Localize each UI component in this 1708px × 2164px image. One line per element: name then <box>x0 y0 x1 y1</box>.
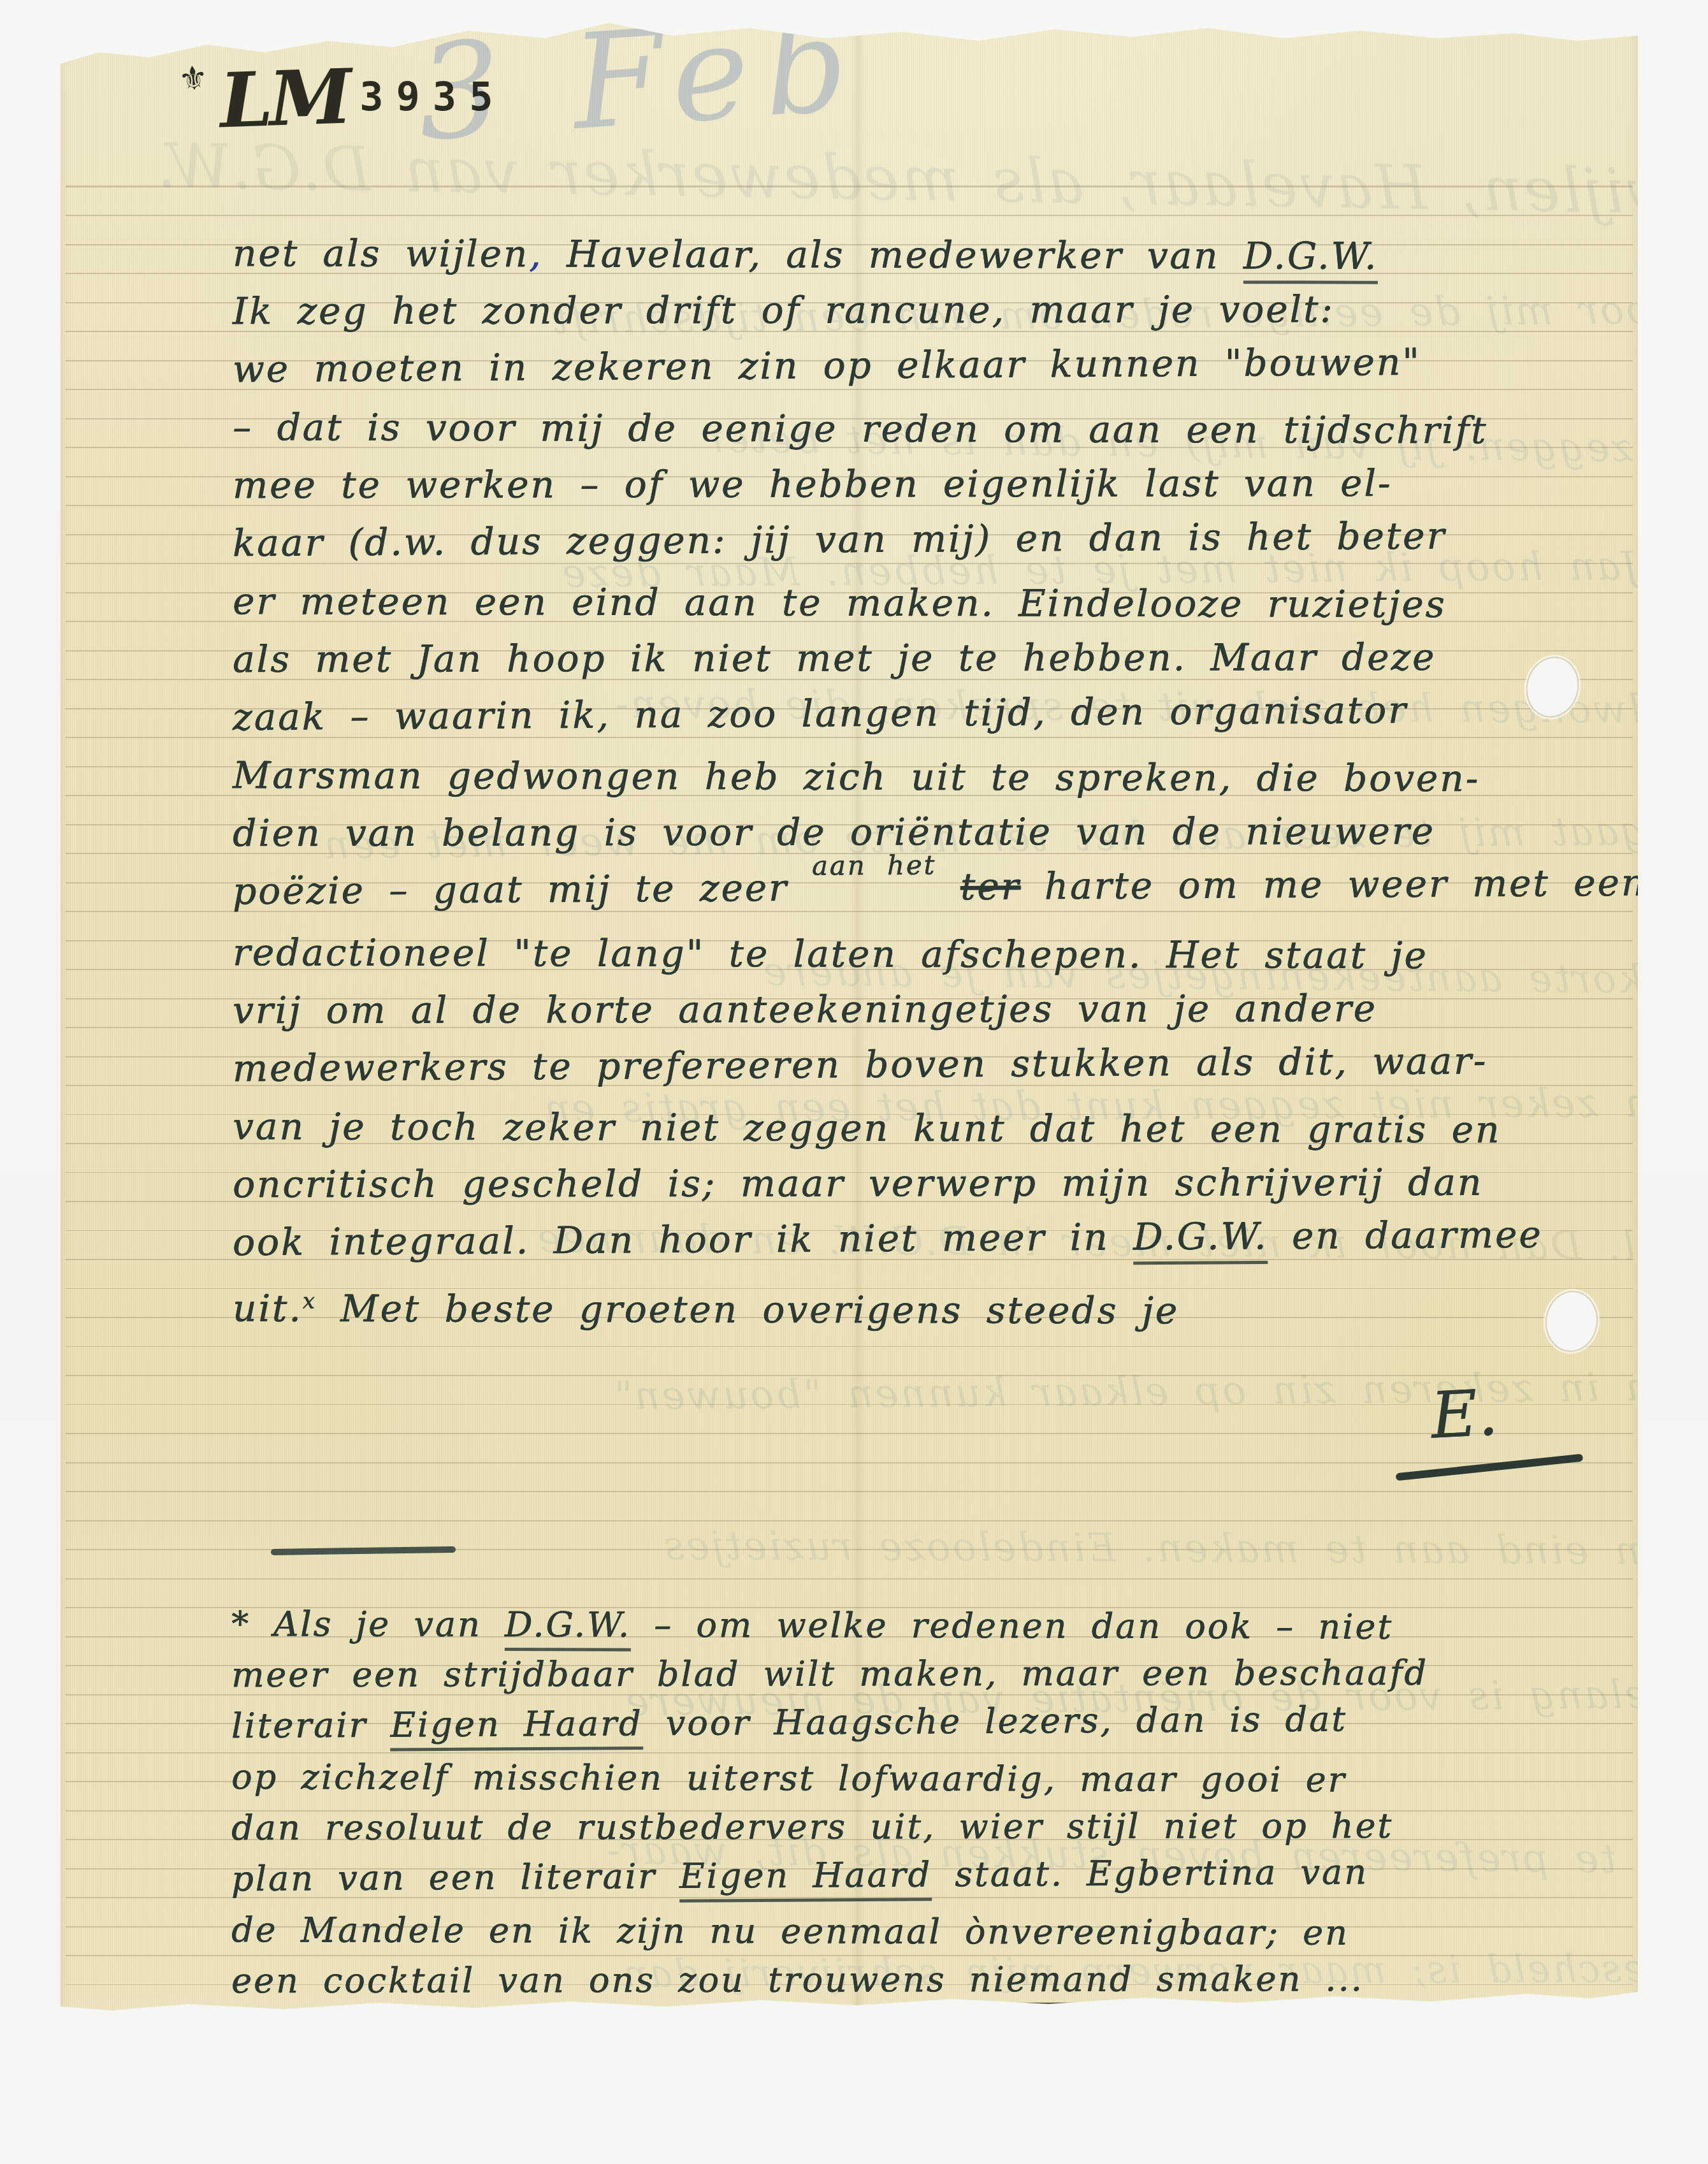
handwritten-line: * Als je van D.G.W. – om welke redenen d… <box>231 1599 1428 1653</box>
handwritten-line: mee te werken – of we hebben eigenlijk l… <box>233 454 1647 514</box>
handwritten-line: kaar (d.w. dus zeggen: jij van mij) en d… <box>233 505 1647 572</box>
handwritten-line: Ik zeg het zonder drift of rancune, maar… <box>233 280 1647 340</box>
handwritten-line: vrij om al de korte aanteekeningetjes va… <box>233 979 1647 1040</box>
handwritten-line: dien van belang is voor de oriëntatie va… <box>233 802 1647 862</box>
handwritten-line: Marsman gedwongen heb zich uit te spreke… <box>233 746 1647 808</box>
handwritten-line: dan resoluut de rustbedervers uit, wier … <box>231 1801 1428 1854</box>
handwritten-line: we moeten in zekeren zin op elkaar kunne… <box>233 331 1647 398</box>
handwritten-line: ook integraal. Dan hoor ik niet meer in … <box>233 1205 1647 1272</box>
signature-initial: E. <box>1429 1375 1500 1453</box>
footnote-separator <box>271 1546 456 1555</box>
handwritten-line: redactioneel "te lang" te laten afschepe… <box>233 924 1647 985</box>
handwritten-line: – dat is voor mij de eenige reden om aan… <box>233 398 1647 460</box>
handwritten-line: van je toch zeker niet zeggen kunt dat h… <box>233 1098 1647 1159</box>
handwritten-line: meer een strijdbaar blad wilt maken, maa… <box>231 1648 1428 1701</box>
handwritten-line: zaak – waarin ik, na zoo langen tijd, de… <box>233 679 1647 746</box>
handwritten-line: net als wijlen, Havelaar, als medewerker… <box>233 224 1647 286</box>
handwritten-line: als met Jan hoop ik niet met je te hebbe… <box>233 628 1647 688</box>
handwritten-line: een cocktail van ons zou trouwens nieman… <box>231 1954 1428 2007</box>
letter-paper: 3 Feb net als wijlen, Havelaar, als mede… <box>61 19 1638 2017</box>
stamp-number: 3935 <box>359 73 505 120</box>
handwritten-line: uit.x Met beste groeten overigens steeds… <box>233 1272 1647 1341</box>
archive-stamp: ⚜ LM 3935 <box>178 69 506 129</box>
stamp-monogram: LM <box>219 67 349 131</box>
handwritten-line: er meteen een eind aan te maken. Eindelo… <box>233 572 1647 634</box>
scanned-letter-screenshot: { "stamp": { "monogram": "LM", "number":… <box>0 0 1708 2164</box>
signature-underline <box>1396 1454 1584 1481</box>
handwritten-line: op zichzelf misschien uiterst lofwaardig… <box>231 1752 1428 1806</box>
handwritten-line: literair Eigen Haard voor Haagsche lezer… <box>231 1694 1428 1752</box>
bleedthrough-ghost-line: er meteen een eind aan te maken. Eindelo… <box>0 1518 1708 1576</box>
handwritten-line: oncritisch gescheld is; maar verwerp mij… <box>233 1153 1647 1214</box>
handwritten-line: poëzie – gaat mij te zeer aan het ter ha… <box>233 853 1647 924</box>
crest-icon: ⚜ <box>177 61 210 98</box>
letter-footnote: * Als je van D.G.W. – om welke redenen d… <box>231 1599 1428 2007</box>
signature-text: E. <box>1429 1375 1500 1453</box>
handwritten-line: plan van een literair Eigen Haard staat.… <box>231 1847 1428 1905</box>
handwritten-line: de Mandele en ik zijn nu eenmaal ònveree… <box>231 1905 1428 1959</box>
handwritten-line: medewerkers te prefereeren boven stukken… <box>233 1031 1647 1098</box>
letter-body: net als wijlen, Havelaar, als medewerker… <box>233 224 1647 1337</box>
